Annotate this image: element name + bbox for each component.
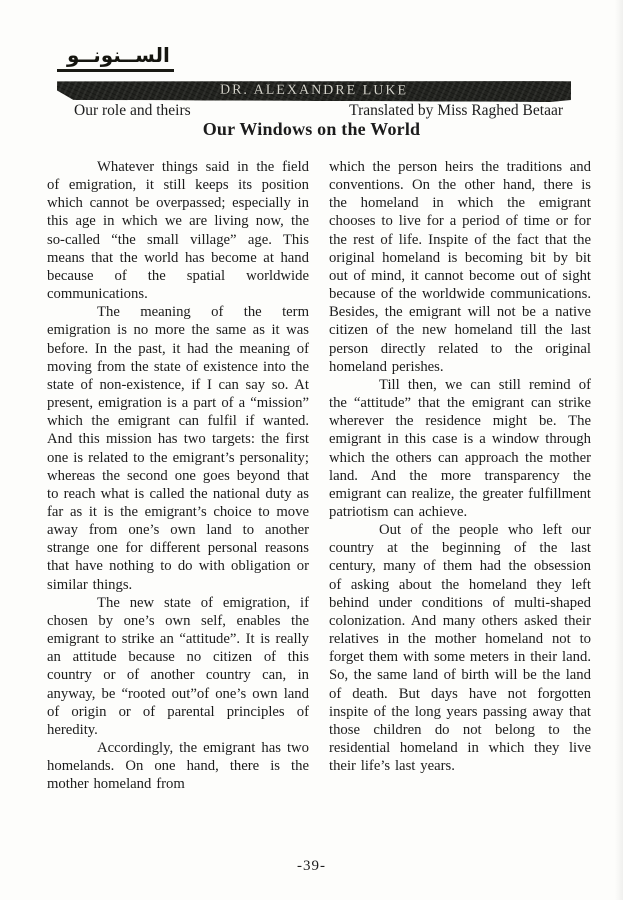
paragraph: Whatever things said in the field of emi… xyxy=(47,158,309,303)
paragraph: The meaning of the term emigration is no… xyxy=(47,303,309,594)
byline-row: Our role and theirs Translated by Miss R… xyxy=(57,101,571,120)
paragraph: Till then, we can still remind of the “a… xyxy=(329,376,591,521)
text-column-right: which the person heirs the traditions an… xyxy=(329,158,591,856)
author-banner-text: DR. ALEXANDRE LUKE xyxy=(220,82,408,99)
byline-left: Our role and theirs xyxy=(74,101,191,120)
author-banner: DR. ALEXANDRE LUKE xyxy=(57,79,571,102)
paragraph: Accordingly, the emigrant has two homela… xyxy=(47,739,309,793)
article-body: Whatever things said in the field of emi… xyxy=(47,158,591,856)
article-title: Our Windows on the World xyxy=(0,119,623,140)
magazine-logo-arabic: الســنونــو xyxy=(57,42,174,72)
paragraph-continuation: which the person heirs the traditions an… xyxy=(329,158,591,376)
byline-translator: Translated by Miss Raghed Betaar xyxy=(349,101,563,120)
scanned-magazine-page: الســنونــو DR. ALEXANDRE LUKE Our role … xyxy=(0,0,623,900)
text-column-left: Whatever things said in the field of emi… xyxy=(47,158,309,856)
paragraph: The new state of emigration, if chosen b… xyxy=(47,594,309,739)
page-number: -39- xyxy=(0,858,623,875)
paragraph: Out of the people who left our country a… xyxy=(329,521,591,775)
